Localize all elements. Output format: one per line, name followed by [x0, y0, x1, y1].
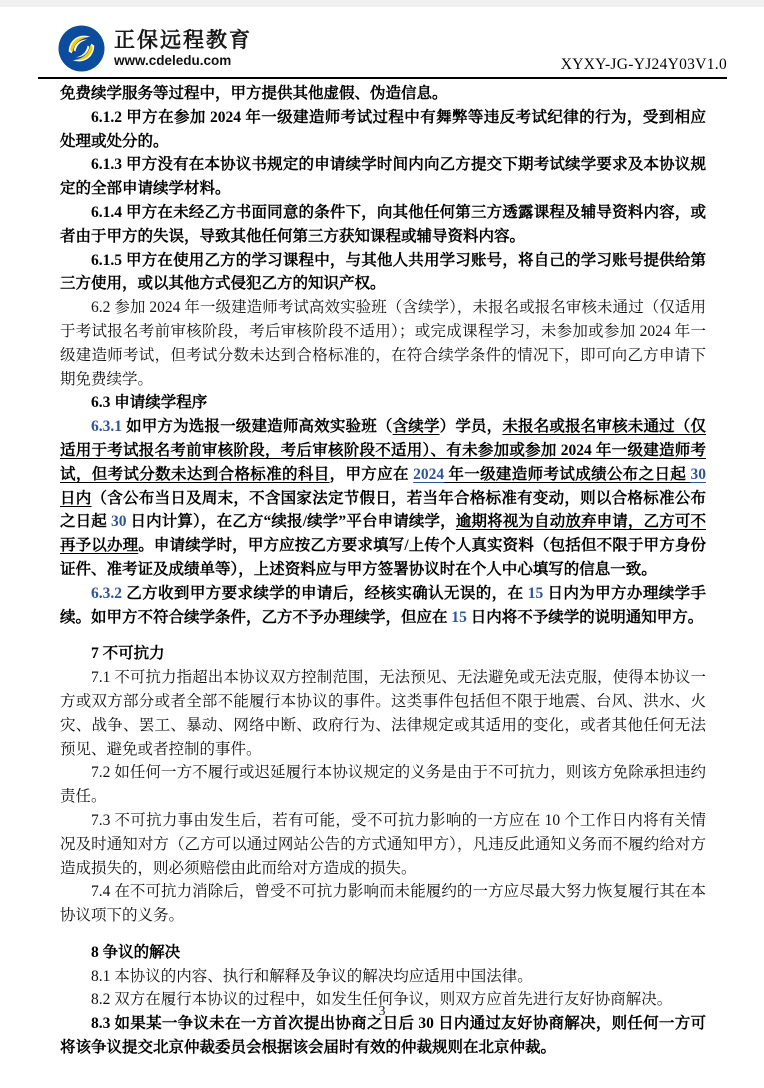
clause-6-1-2: 6.1.2 甲方在参加 2024 年一级建造师考试过程中有舞弊等违反考试纪律的行… [60, 106, 706, 154]
clause-6-1-3: 6.1.3 甲方没有在本协议书规定的申请续学时间内向乙方提交下期考试续学要求及本… [60, 153, 706, 201]
text-run: 日内将不予续学的说明通知甲方。 [467, 609, 703, 626]
text-run: 8.1 本协议的内容、执行和解释及争议的解决均应适用中国法律。 [91, 968, 533, 985]
clause-7-3: 7.3 不可抗力事由发生后，若有可能，受不可抗力影响的一方应在 10 个工作日内… [60, 809, 706, 880]
text-run: 6.1.5 甲方在使用乙方的学习课程中，与其他人共用学习账号，将自己的学习账号提… [60, 252, 706, 293]
doc-code: XYXY-JG-YJ24Y03V1.0 [561, 56, 727, 74]
text-run: 15 [451, 609, 467, 626]
logo: 正保远程教育 www.cdeledu.com [58, 25, 252, 72]
document-body: 免费续学服务等过程中，甲方提供其他虚假、伪造信息。6.1.2 甲方在参加 202… [60, 82, 706, 1060]
clause-6-1-5: 6.1.5 甲方在使用乙方的学习课程中，与其他人共用学习账号，将自己的学习账号提… [60, 249, 706, 297]
text-run: 30 [690, 466, 706, 483]
text-run: 6.3 申请续学程序 [91, 394, 207, 411]
cdeledu-logo-icon [58, 25, 105, 72]
text-run: 2024 [413, 466, 444, 483]
text-run: 。申请续学时，甲方应按乙方要求填写/上传个人真实资料（包括但不限于甲方身份证件、… [60, 537, 706, 578]
text-run: 含续学 [393, 418, 440, 435]
heading-8: 8 争议的解决 [60, 941, 706, 965]
text-run: 免费续学服务等过程中，甲方提供其他虚假、伪造信息。 [60, 85, 448, 102]
text-run: 7.1 不可抗力指超出本协议双方控制范围，无法预见、无法避免或无法克服，使得本协… [60, 669, 706, 757]
clause-7-2: 7.2 如任何一方不履行或迟延履行本协议规定的义务是由于不可抗力，则该方免除承担… [60, 761, 706, 809]
clause-6-1-1-continuation: 免费续学服务等过程中，甲方提供其他虚假、伪造信息。 [60, 82, 706, 106]
text-run: 6.1.2 甲方在参加 2024 年一级建造师考试过程中有舞弊等违反考试纪律的行… [60, 109, 706, 150]
text-run: 15 [528, 585, 544, 602]
text-run: 7.4 在不可抗力消除后，曾受不可抗力影响而未能履约的一方应尽最大努力恢复履行其… [60, 883, 706, 924]
heading-6-3: 6.3 申请续学程序 [60, 391, 706, 415]
heading-7: 7 不可抗力 [60, 642, 706, 666]
document-page: 正保远程教育 www.cdeledu.com XYXY-JG-YJ24Y03V1… [0, 0, 764, 1088]
clause-7-1: 7.1 不可抗力指超出本协议双方控制范围，无法预见、无法避免或无法克服，使得本协… [60, 666, 706, 761]
text-run: 30 [111, 513, 127, 530]
text-run: 8 争议的解决 [91, 944, 180, 961]
text-run: 6.3.1 [91, 418, 126, 435]
text-run: 7 不可抗力 [91, 645, 165, 662]
clause-6-2: 6.2 参加 2024 年一级建造师考试高效实验班（含续学），未报名或报名审核未… [60, 296, 706, 391]
text-run: ）学员， [440, 418, 503, 435]
text-run: 6.3.2 [91, 585, 126, 602]
text-run: 6.1.3 甲方没有在本协议书规定的申请续学时间内向乙方提交下期考试续学要求及本… [60, 156, 706, 197]
clause-8-1: 8.1 本协议的内容、执行和解释及争议的解决均应适用中国法律。 [60, 965, 706, 989]
text-run: 7.2 如任何一方不履行或迟延履行本协议规定的义务是由于不可抗力，则该方免除承担… [60, 764, 706, 805]
clause-7-4: 7.4 在不可抗力消除后，曾受不可抗力影响而未能履约的一方应尽最大努力恢复履行其… [60, 880, 706, 928]
document-header: 正保远程教育 www.cdeledu.com XYXY-JG-YJ24Y03V1… [0, 0, 764, 80]
text-run: 7.3 不可抗力事由发生后，若有可能，受不可抗力影响的一方应在 10 个工作日内… [60, 812, 706, 877]
text-run: 乙方收到甲方要求续学的申请后，经核实确认无误的，在 [126, 585, 527, 602]
clause-6-3-1: 6.3.1 如甲方为选报一级建造师高效实验班（含续学）学员，未报名或报名审核未通… [60, 415, 706, 582]
text-run: 日内计算），在乙方“续报/续学”平台申请续学， [126, 513, 455, 530]
text-run: 8.3 如果某一争议未在一方首次提出协商之日后 30 日内通过友好协商解决，则任… [60, 1015, 706, 1056]
text-run: 年一级建造师考试成绩公布之日起 [444, 466, 690, 483]
text-run: 6.1.4 甲方在未经乙方书面同意的条件下，向其他任何第三方透露课程及辅导资料内… [60, 204, 706, 245]
logo-title: 正保远程教育 [114, 29, 252, 53]
text-run: 如甲方为选报一级建造师高效实验班（ [126, 418, 393, 435]
text-run: 日内 [60, 490, 92, 507]
logo-url: www.cdeledu.com [114, 53, 252, 69]
clause-6-3-2: 6.3.2 乙方收到甲方要求续学的申请后，经核实确认无误的，在 15 日内为甲方… [60, 582, 706, 630]
header-rule [38, 77, 727, 79]
clause-6-1-4: 6.1.4 甲方在未经乙方书面同意的条件下，向其他任何第三方透露课程及辅导资料内… [60, 201, 706, 249]
logo-text: 正保远程教育 www.cdeledu.com [114, 29, 252, 69]
page-number: 3 [0, 1004, 764, 1020]
text-run: 6.2 参加 2024 年一级建造师考试高效实验班（含续学），未报名或报名审核未… [60, 299, 706, 387]
text-run: ，甲方应在 [330, 466, 414, 483]
